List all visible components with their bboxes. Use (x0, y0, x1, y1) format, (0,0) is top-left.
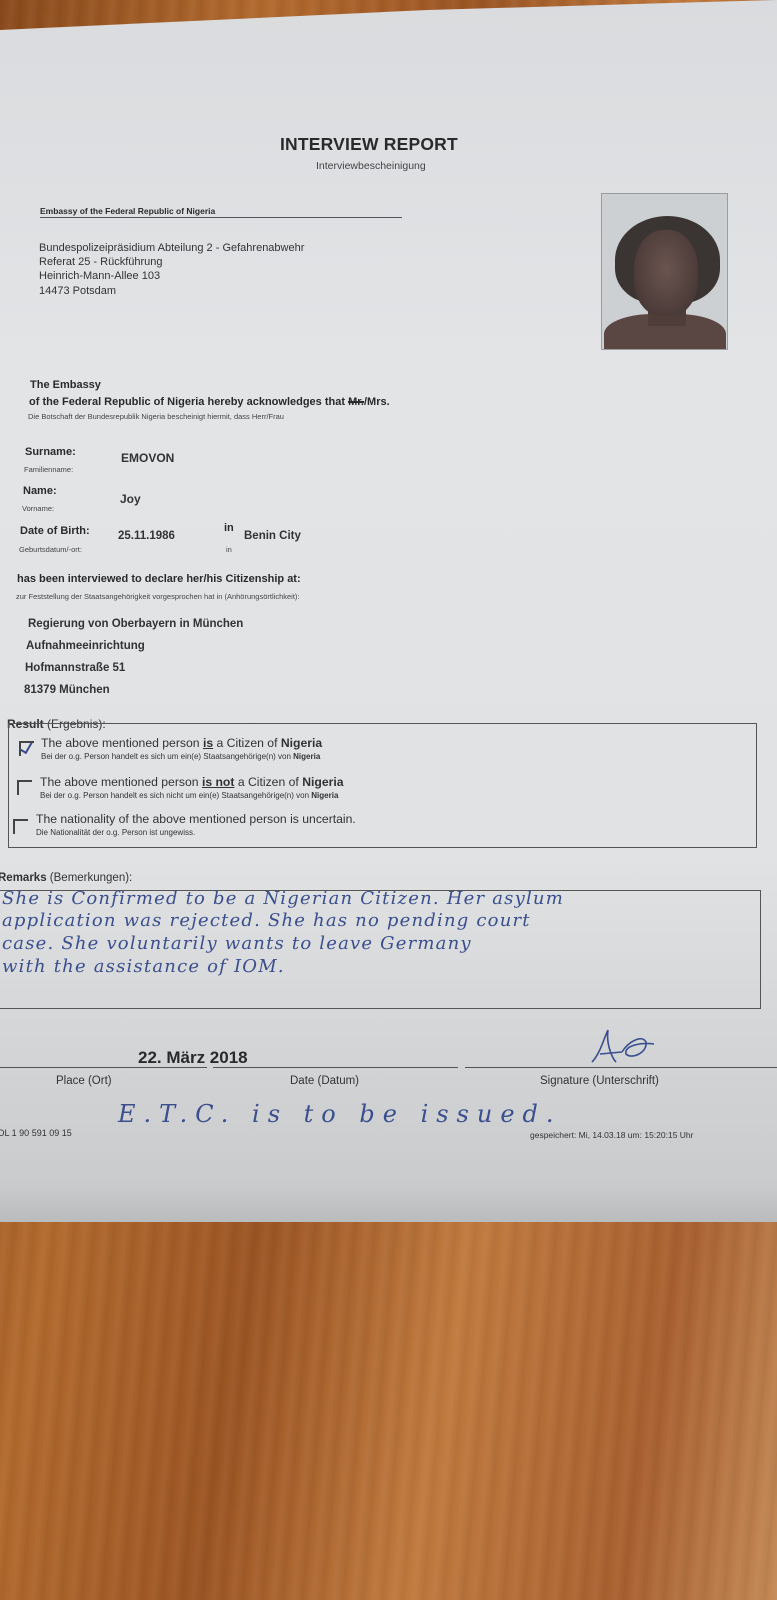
dob-label: Date of Birth: (20, 525, 90, 537)
ack-line-2-text: of the Federal Republic of Nigeria hereb… (29, 396, 348, 408)
remarks-handwriting-line: with the assistance of IOM. (2, 956, 285, 977)
option-text-de: Bei der o.g. Person handelt es sich um e… (41, 752, 293, 761)
signature-mark (582, 1024, 662, 1070)
dob-value: 25.11.1986 (118, 530, 175, 542)
citizen-no-checkbox[interactable] (17, 780, 32, 795)
option-country: Nigeria (281, 736, 322, 750)
ack-line-1: The Embassy (30, 379, 101, 391)
passport-photo (601, 193, 728, 350)
ack-german: Die Botschaft der Bundesrepublik Nigeria… (28, 412, 284, 421)
option-text: a Citizen of (234, 775, 302, 789)
remarks-handwriting-line: application was rejected. She has no pen… (2, 910, 531, 931)
option-text: a Citizen of (213, 736, 281, 750)
signature-line (465, 1067, 777, 1068)
recipient-address-line: 14473 Potsdam (39, 285, 116, 297)
interview-location-line: 81379 München (24, 684, 110, 696)
dob-label-de: Geburtsdatum/-ort: (19, 545, 82, 554)
option-country: Nigeria (302, 775, 343, 789)
photo-face (634, 230, 698, 316)
interview-location-line: Aufnahmeeinrichtung (26, 640, 145, 652)
citizen-yes-checkbox[interactable] (19, 741, 34, 756)
result-option-is-not-citizen-de: Bei der o.g. Person handelt es sich nich… (40, 791, 338, 800)
name-label: Name: (23, 485, 57, 497)
document-subtitle: Interviewbescheinigung (316, 160, 426, 172)
date-stamp: 22. März 2018 (138, 1048, 248, 1068)
option-country-de: Nigeria (293, 752, 320, 761)
interview-location-line: Hofmannstraße 51 (25, 662, 125, 674)
option-emphasis: is not (202, 775, 235, 789)
place-line (0, 1067, 207, 1068)
surname-label-de: Familienname: (24, 465, 73, 474)
nationality-uncertain-checkbox[interactable] (13, 819, 28, 834)
option-text: The above mentioned person (41, 736, 203, 750)
saved-timestamp: gespeichert: Mi, 14.03.18 um: 15:20:15 U… (530, 1130, 693, 1140)
interview-label-de: zur Feststellung der Staatsangehörigkeit… (16, 592, 300, 601)
title-mrs: /Mrs. (364, 396, 390, 408)
issuer-line: Embassy of the Federal Republic of Niger… (40, 206, 402, 218)
ack-line-2: of the Federal Republic of Nigeria hereb… (29, 396, 390, 408)
result-option-is-citizen-de: Bei der o.g. Person handelt es sich um e… (41, 752, 320, 761)
name-value: Joy (120, 492, 141, 506)
result-option-uncertain-de: Die Nationalität der o.g. Person ist ung… (36, 828, 195, 837)
surname-value: EMOVON (121, 451, 174, 465)
result-box: The above mentioned person is a Citizen … (8, 723, 757, 848)
date-line (213, 1067, 458, 1068)
interview-report-document: INTERVIEW REPORT Interviewbescheinigung … (0, 0, 777, 1222)
recipient-address-line: Bundespolizeipräsidium Abteilung 2 - Gef… (39, 242, 304, 254)
remarks-label: Remarks (Bemerkungen): (0, 872, 132, 884)
option-text-de: Bei der o.g. Person handelt es sich nich… (40, 791, 311, 800)
signature-label: Signature (Unterschrift) (540, 1075, 659, 1087)
date-label: Date (Datum) (290, 1075, 359, 1087)
birthplace-in-label: in (224, 522, 234, 534)
remarks-handwriting-line: case. She voluntarily wants to leave Ger… (2, 933, 472, 954)
option-emphasis: is (203, 736, 213, 750)
document-title: INTERVIEW REPORT (280, 134, 458, 155)
remarks-label-en: Remarks (0, 872, 47, 884)
interview-location-line: Regierung von Oberbayern in München (28, 618, 243, 630)
place-label: Place (Ort) (56, 1075, 112, 1087)
remarks-handwriting-line: She is Confirmed to be a Nigerian Citize… (2, 888, 564, 909)
recipient-address-line: Heinrich-Mann-Allee 103 (39, 270, 160, 282)
birthplace-value: Benin City (244, 530, 301, 542)
remarks-label-de: (Bemerkungen): (50, 872, 132, 884)
result-option-is-not-citizen: The above mentioned person is not a Citi… (40, 775, 344, 789)
document-reference: DL 1 90 591 09 15 (0, 1128, 72, 1138)
handwritten-note: E.T.C. is to be issued. (118, 1100, 562, 1128)
result-option-is-citizen: The above mentioned person is a Citizen … (41, 736, 322, 750)
struck-title: Mr. (348, 396, 364, 408)
interview-label: has been interviewed to declare her/his … (17, 573, 301, 585)
birthplace-in-label-de: in (226, 545, 232, 554)
option-text: The above mentioned person (40, 775, 202, 789)
recipient-address-line: Referat 25 - Rückführung (39, 256, 163, 268)
name-label-de: Vorname: (22, 504, 54, 513)
result-option-uncertain: The nationality of the above mentioned p… (36, 812, 356, 826)
surname-label: Surname: (25, 446, 76, 458)
option-country-de: Nigeria (311, 791, 338, 800)
